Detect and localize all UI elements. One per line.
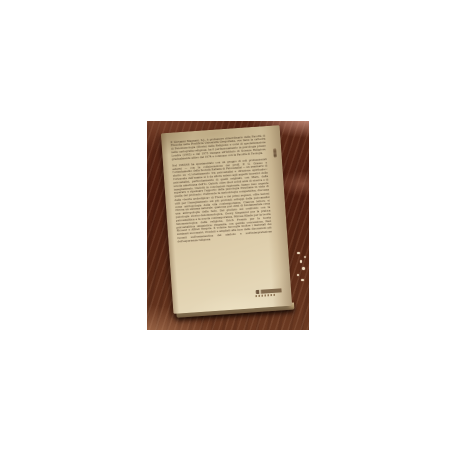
wood-speckle [297, 274, 299, 276]
book-photo: P. Giovanni Magnani, S.J., è professore … [147, 121, 309, 330]
edge-stamp-mark [273, 148, 277, 157]
back-cover-paragraph-2: Nel 1965/66 ha sperimentato con un grupp… [172, 157, 272, 243]
imprint-line-1-icon [255, 288, 283, 293]
imprint-line-2-icon [255, 294, 276, 297]
book-back-cover: P. Giovanni Magnani, S.J., è professore … [161, 125, 292, 314]
back-cover-paragraph-1: P. Giovanni Magnani, S.J., è professore … [170, 134, 266, 161]
back-cover-text: P. Giovanni Magnani, S.J., è professore … [170, 134, 273, 260]
wood-speckle [300, 260, 302, 263]
wood-speckle [297, 252, 300, 254]
back-cover-text-body: P. Giovanni Magnani, S.J., è professore … [170, 134, 272, 243]
wood-speckle [304, 256, 306, 258]
wood-speckle [302, 267, 305, 270]
cover-surface: P. Giovanni Magnani, S.J., è professore … [161, 125, 292, 314]
wood-speckle [301, 279, 304, 281]
publisher-imprint-mark [255, 288, 284, 299]
